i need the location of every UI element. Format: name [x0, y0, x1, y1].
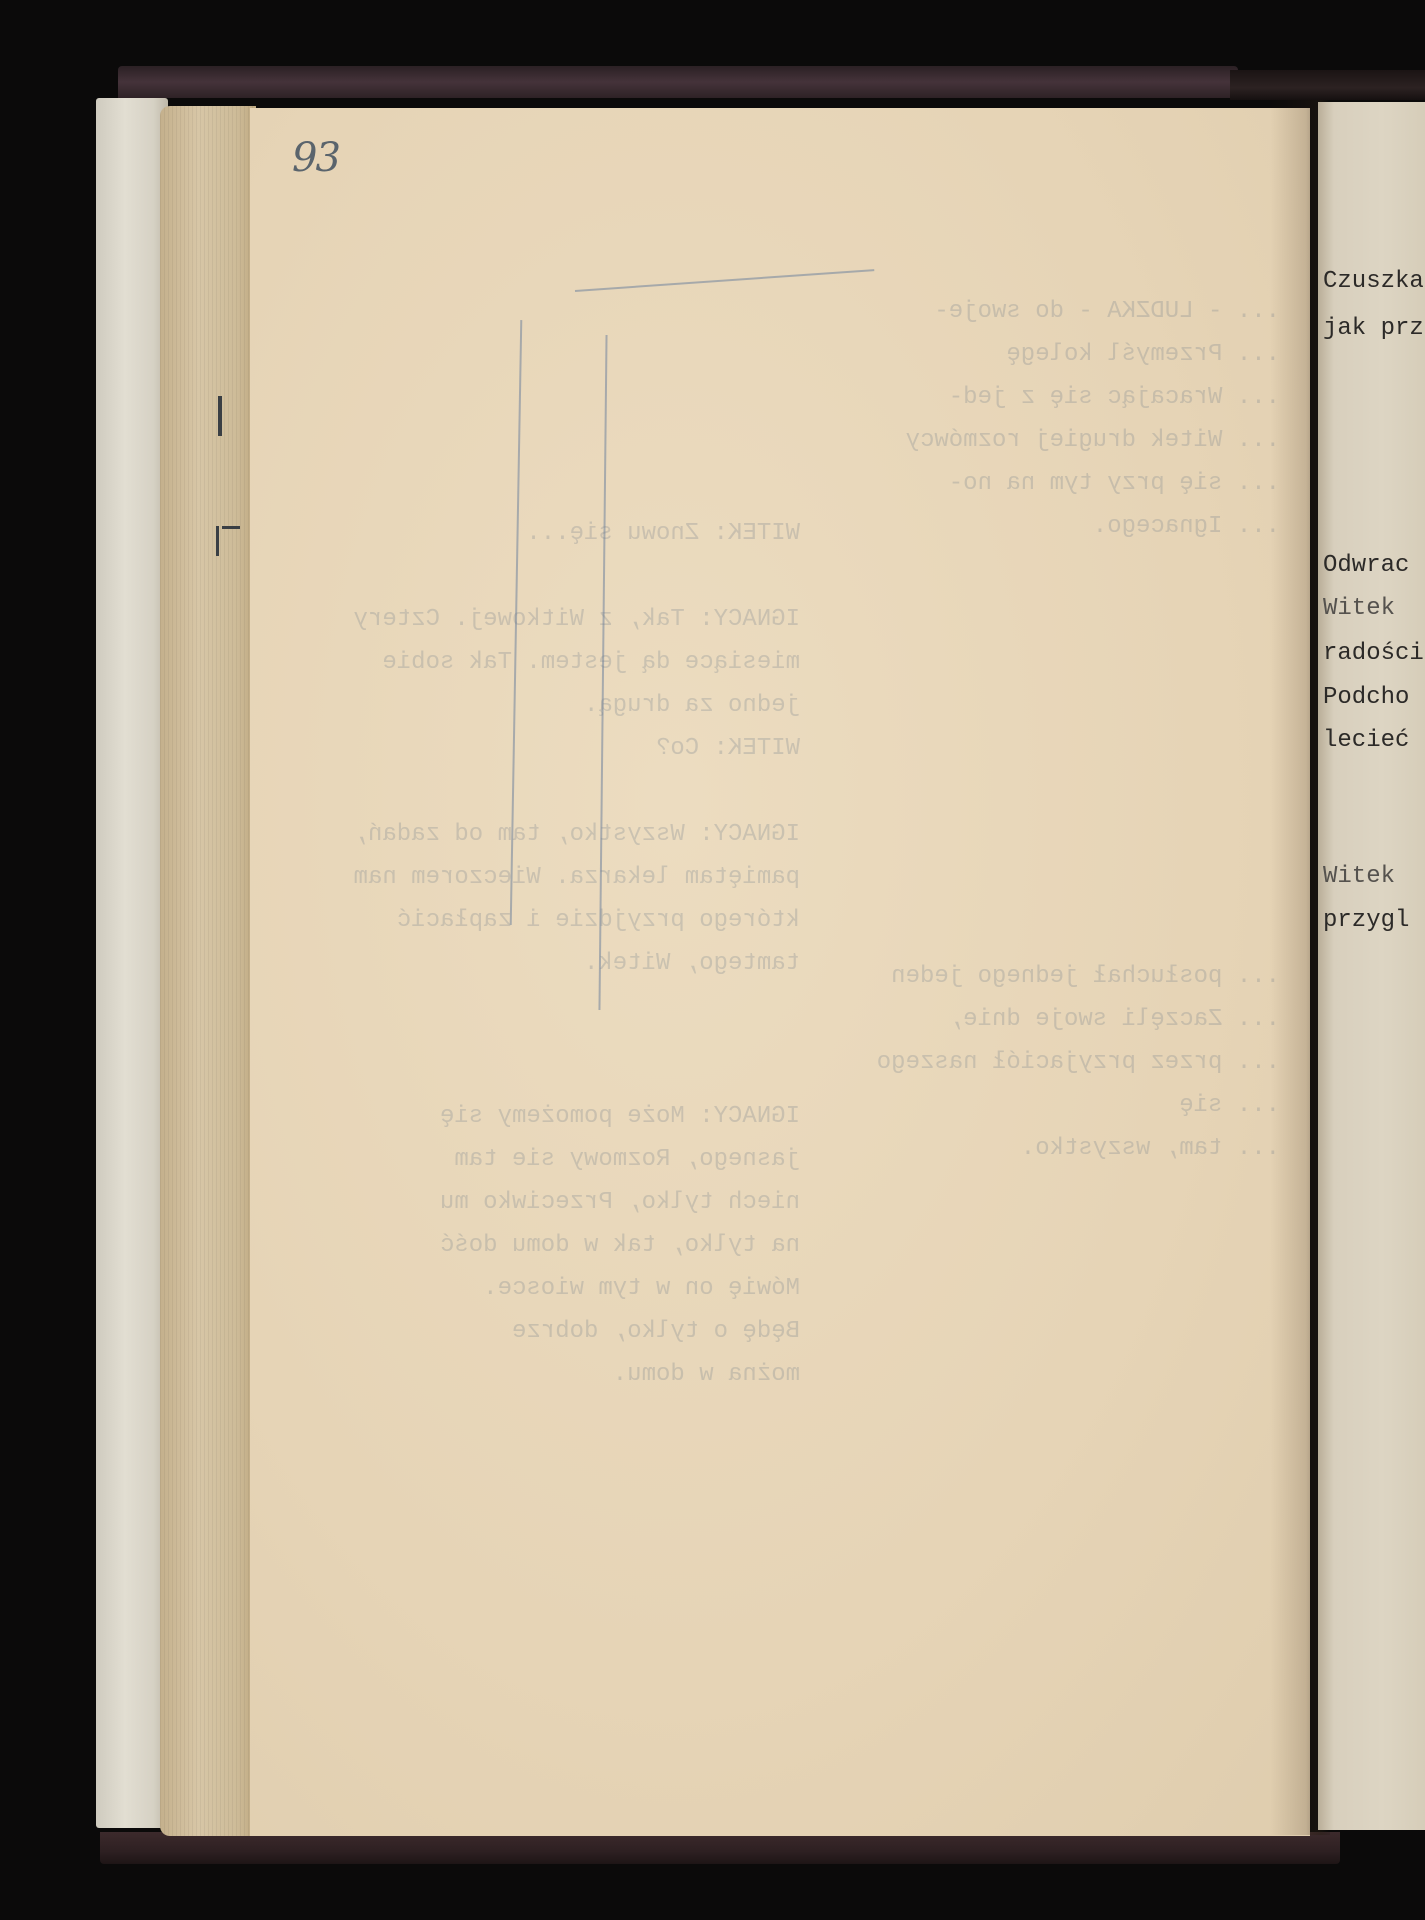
- page-edges: [160, 106, 256, 1836]
- book-cover-bottom-edge: [100, 1832, 1340, 1864]
- text-line: przygl: [1323, 907, 1409, 934]
- page-number: 93: [292, 135, 339, 181]
- book-cover-top-edge: [118, 66, 1238, 98]
- text-line: radości: [1323, 640, 1424, 667]
- text-line: Witek: [1323, 863, 1395, 890]
- adjacent-page: [1318, 102, 1425, 1830]
- text-line: Witek: [1323, 595, 1395, 622]
- text-line: Podcho: [1323, 684, 1409, 711]
- bleed-through-right-2: ... posłuchał jednego jeden ... Zaczęli …: [840, 955, 1280, 1170]
- edge-mark: [216, 526, 219, 556]
- book-cover-top-right-edge: [1230, 70, 1425, 100]
- text-line: Czuszka: [1323, 268, 1424, 295]
- edge-mark: [218, 396, 222, 436]
- text-line: Odwrac: [1323, 552, 1409, 579]
- text-line: lecieć: [1323, 727, 1409, 754]
- bleed-through-left-1: WITEK: Znowu się... IGNACY: Tak, z Witko…: [320, 512, 800, 985]
- text-line: jak prz: [1323, 315, 1424, 342]
- bleed-through-left-2: IGNACY: Może pomożemy się jasnego, Rozmo…: [320, 1095, 800, 1396]
- bleed-through-right-1: ... - LUDZKA - do swoje- ... Przemyśl ko…: [840, 290, 1280, 548]
- edge-mark: [222, 526, 240, 529]
- spine-tape: [96, 98, 168, 1828]
